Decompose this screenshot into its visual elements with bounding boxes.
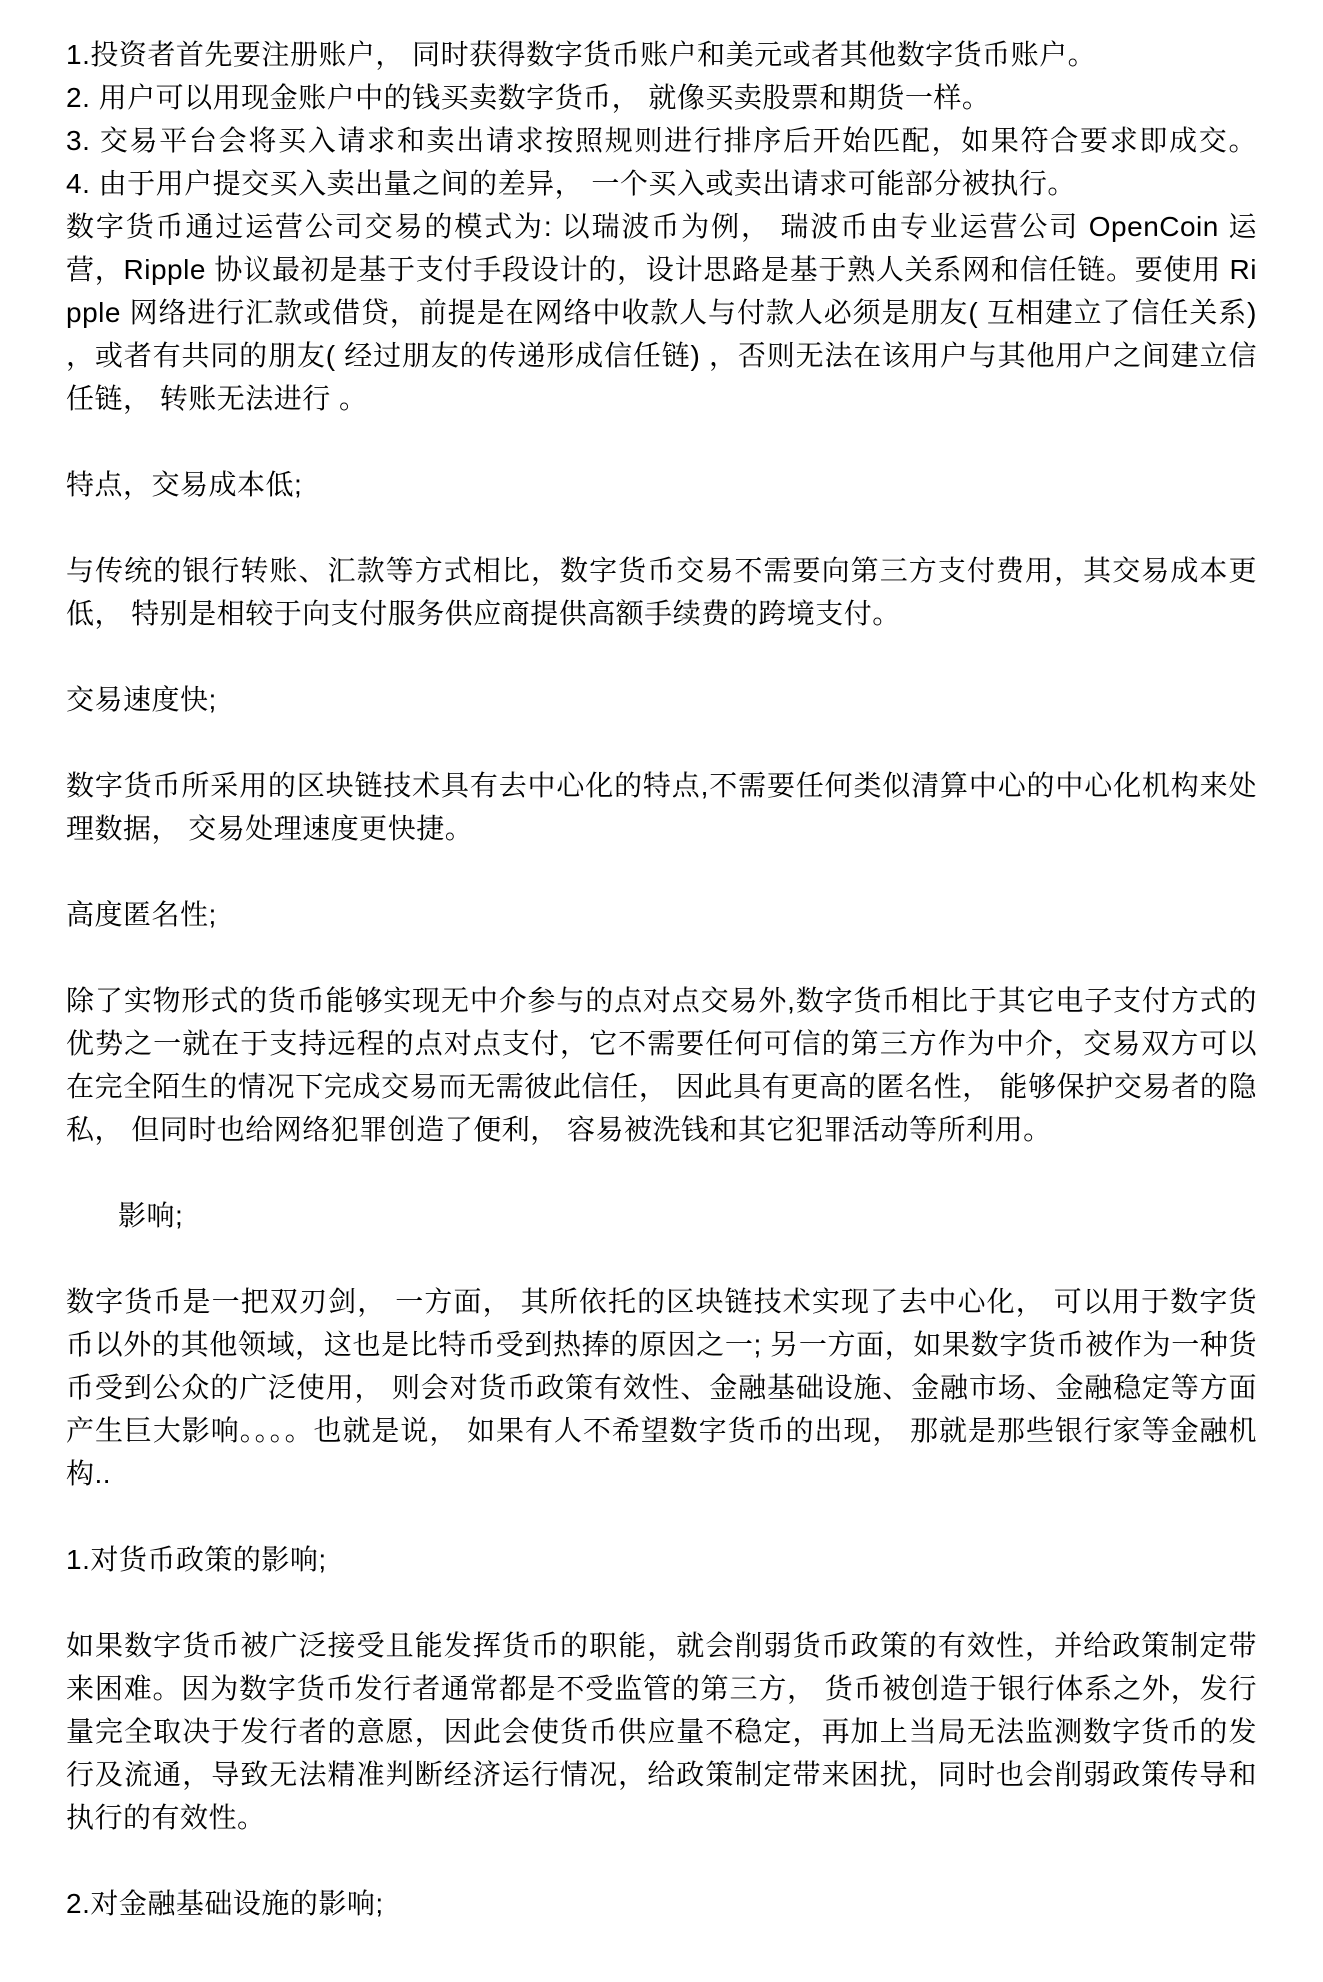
para-double-edged-sword: 数字货币是一把双刃剑， 一方面， 其所依托的区块链技术实现了去中心化， 可以用于… xyxy=(66,1280,1257,1495)
para-ripple-model: 数字货币通过运营公司交易的模式为: 以瑞波币为例， 瑞波币由专业运营公司 Ope… xyxy=(66,205,1257,420)
document-body: 1.投资者首先要注册账户， 同时获得数字货币账户和美元或者其他数字货币账户。2.… xyxy=(66,33,1257,1925)
heading-low-cost: 特点，交易成本低; xyxy=(66,463,1257,506)
heading-fast-speed: 交易速度快; xyxy=(66,678,1257,721)
para-fast-speed: 数字货币所采用的区块链技术具有去中心化的特点,不需要任何类似清算中心的中心化机构… xyxy=(66,764,1257,850)
heading-impact: 影响; xyxy=(66,1194,1257,1237)
list-item-3: 3. 交易平台会将买入请求和卖出请求按照规则进行排序后开始匹配，如果符合要求即成… xyxy=(66,119,1257,162)
list-item-4: 4. 由于用户提交买入卖出量之间的差异， 一个买入或卖出请求可能部分被执行。 xyxy=(66,162,1257,205)
heading-anonymity: 高度匿名性; xyxy=(66,893,1257,936)
heading-monetary-policy-impact: 1.对货币政策的影响; xyxy=(66,1538,1257,1581)
list-item-2: 2. 用户可以用现金账户中的钱买卖数字货币， 就像买卖股票和期货一样。 xyxy=(66,76,1257,119)
document-page: 1.投资者首先要注册账户， 同时获得数字货币账户和美元或者其他数字货币账户。2.… xyxy=(0,0,1323,1982)
para-anonymity: 除了实物形式的货币能够实现无中介参与的点对点交易外,数字货币相比于其它电子支付方… xyxy=(66,979,1257,1151)
para-low-cost: 与传统的银行转账、汇款等方式相比，数字货币交易不需要向第三方支付费用，其交易成本… xyxy=(66,549,1257,635)
list-item-1: 1.投资者首先要注册账户， 同时获得数字货币账户和美元或者其他数字货币账户。 xyxy=(66,33,1257,76)
heading-financial-infrastructure-impact: 2.对金融基础设施的影响; xyxy=(66,1882,1257,1925)
para-monetary-policy-impact: 如果数字货币被广泛接受且能发挥货币的职能，就会削弱货币政策的有效性，并给政策制定… xyxy=(66,1624,1257,1839)
